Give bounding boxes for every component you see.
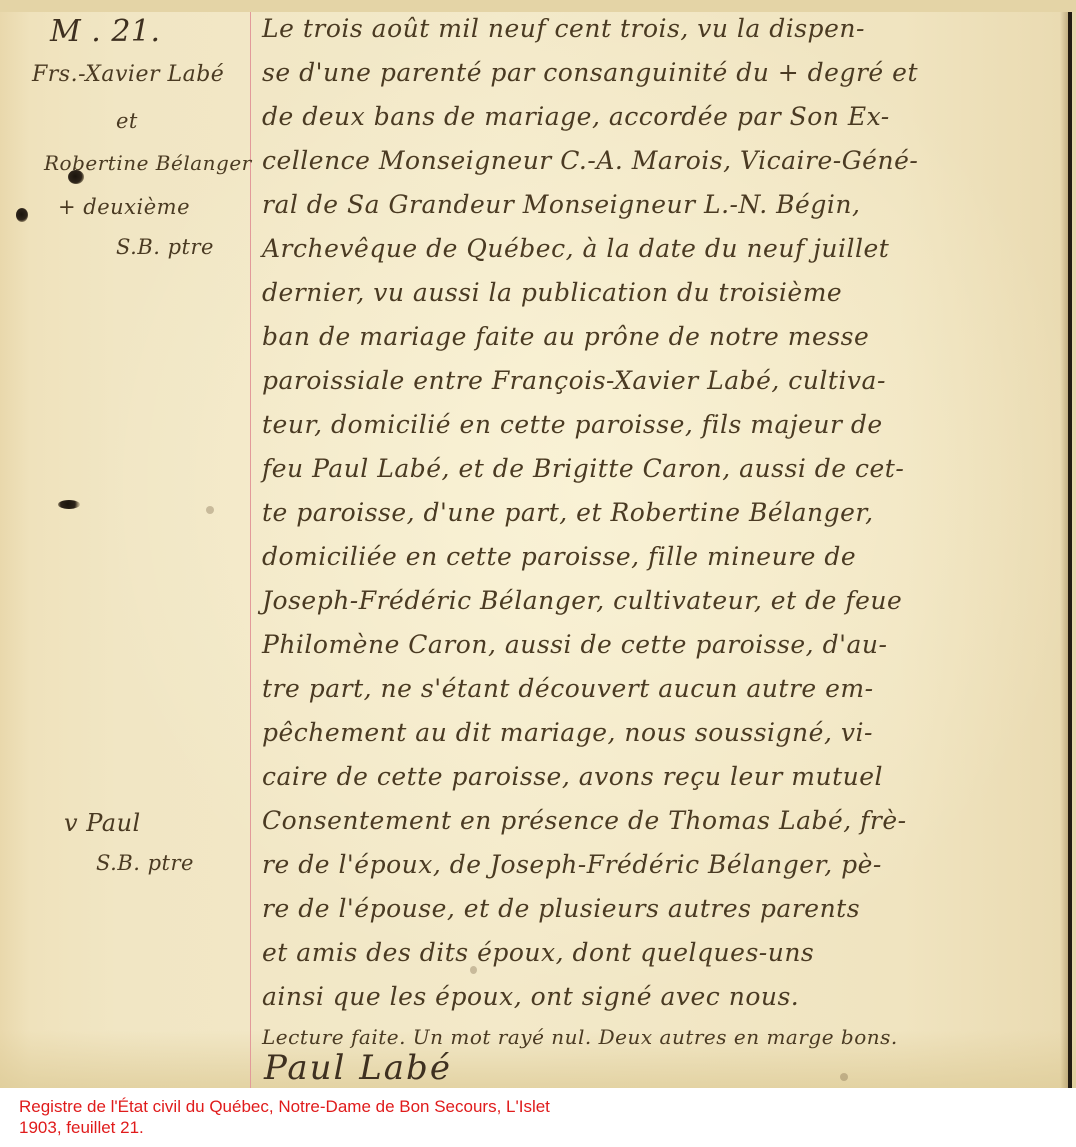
body-line-13: domiciliée en cette paroisse, fille mine… <box>262 542 856 572</box>
binding-shadow <box>1060 12 1068 1088</box>
margin-correction-note: v Paul <box>64 810 141 836</box>
page-binding-edge <box>1068 12 1072 1088</box>
margin-groom-name: Frs.-Xavier Labé <box>32 62 224 88</box>
body-line-8: ban de mariage faite au prône de notre m… <box>262 322 869 352</box>
binding-hole-2 <box>16 208 28 222</box>
body-line-2: se d'une parenté par consanguinité du + … <box>262 58 918 88</box>
margin-conjunction: et <box>116 108 138 134</box>
caption-line-2: 1903, feuillet 21. <box>19 1117 1059 1138</box>
body-line-20: re de l'époux, de Joseph-Frédéric Bélang… <box>262 850 882 880</box>
caption-line-1: Registre de l'État civil du Québec, Notr… <box>19 1096 1059 1117</box>
body-line-4: cellence Monseigneur C.-A. Marois, Vicai… <box>262 146 918 176</box>
body-line-17: pêchement au dit mariage, nous soussigné… <box>262 718 873 748</box>
body-line-16: tre part, ne s'étant découvert aucun aut… <box>262 674 874 704</box>
body-line-11: feu Paul Labé, et de Brigitte Caron, aus… <box>262 454 904 484</box>
body-line-6: Archevêque de Québec, à la date du neuf … <box>262 234 889 264</box>
body-line-12: te paroisse, d'une part, et Robertine Bé… <box>262 498 874 528</box>
body-line-5: ral de Sa Grandeur Monseigneur L.-N. Bég… <box>262 190 860 220</box>
register-page-scan: M . 21. Frs.-Xavier Labé et Robertine Bé… <box>0 0 1076 1088</box>
paper-spot-3 <box>840 1073 848 1081</box>
top-page-band <box>0 0 1076 12</box>
margin-initials-2: S.B. ptre <box>96 850 194 876</box>
body-line-1: Le trois août mil neuf cent trois, vu la… <box>262 14 865 44</box>
body-line-10: teur, domicilié en cette paroisse, fils … <box>262 410 883 440</box>
margin-bride-name: Robertine Bélanger <box>44 150 252 176</box>
binding-hole-3 <box>58 500 80 509</box>
body-line-3: de deux bans de mariage, accordée par So… <box>262 102 890 132</box>
paper-spot-1 <box>206 506 214 514</box>
body-line-23: ainsi que les époux, ont signé avec nous… <box>262 982 799 1012</box>
body-line-15: Philomène Caron, aussi de cette paroisse… <box>262 630 887 660</box>
body-line-22: et amis des dits époux, dont quelques-un… <box>262 938 814 968</box>
margin-dispensation-note: + deuxième <box>58 194 190 220</box>
body-line-9: paroissiale entre François-Xavier Labé, … <box>262 366 886 396</box>
body-line-19: Consentement en présence de Thomas Labé,… <box>262 806 907 836</box>
entry-number: M . 21. <box>50 14 161 49</box>
body-line-21: re de l'épouse, et de plusieurs autres p… <box>262 894 860 924</box>
body-line-14: Joseph-Frédéric Bélanger, cultivateur, e… <box>262 586 902 616</box>
body-line-7: dernier, vu aussi la publication du troi… <box>262 278 842 308</box>
margin-initials-1: S.B. ptre <box>116 234 214 260</box>
groom-signature: Paul Labé <box>264 1048 452 1088</box>
source-caption: Registre de l'État civil du Québec, Notr… <box>19 1096 1059 1138</box>
body-line-18: caire de cette paroisse, avons reçu leur… <box>262 762 883 792</box>
